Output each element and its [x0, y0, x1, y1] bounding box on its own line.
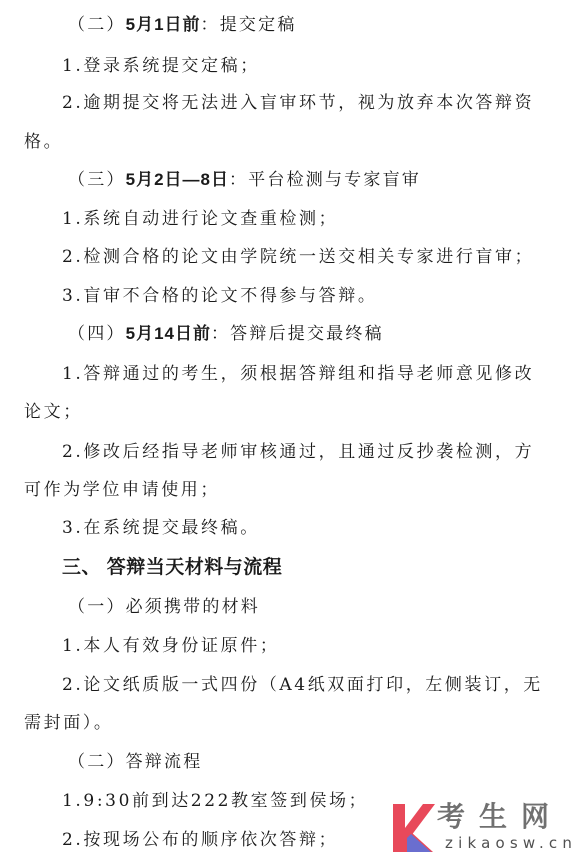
- list-item: 2.修改后经指导老师审核通过，且通过反抄袭检测，方: [62, 433, 534, 471]
- list-item-continuation: 需封面）。: [24, 704, 114, 742]
- list-item: 3.盲审不合格的论文不得参与答辩。: [62, 277, 377, 315]
- list-item: 2.逾期提交将无法进入盲审环节，视为放弃本次答辩资: [62, 84, 534, 122]
- list-item: 1.本人有效身份证原件；: [62, 627, 279, 665]
- sub-heading-date: 5月2日—8日: [126, 170, 229, 189]
- watermark-logo: 考生网 zikaosw.cn: [393, 800, 571, 856]
- list-item: 1.系统自动进行论文查重检测；: [62, 200, 338, 238]
- sub-heading-submit-final-draft: （二）5月1日前：提交定稿: [68, 6, 297, 44]
- list-item: 2.论文纸质版一式四份（A4纸双面打印，左侧装订，无: [62, 666, 543, 704]
- list-item: 1.9:30前到达222教室签到侯场；: [62, 782, 368, 820]
- sub-heading-required-materials: （一）必须携带的材料: [68, 588, 260, 626]
- watermark-site-name: 考生网: [437, 800, 563, 834]
- sub-heading-date: 5月14日前: [126, 324, 211, 343]
- sub-heading-date: 5月1日前: [126, 15, 201, 34]
- list-item-continuation: 可作为学位申请使用；: [24, 471, 220, 509]
- sub-heading-text: ：平台检测与专家盲审: [229, 170, 421, 190]
- list-item: 3.在系统提交最终稿。: [62, 509, 260, 547]
- document-page: （二）5月1日前：提交定稿 1.登录系统提交定稿； 2.逾期提交将无法进入盲审环…: [0, 0, 572, 859]
- list-item: 1.登录系统提交定稿；: [62, 47, 260, 85]
- list-item: 1.答辩通过的考生，须根据答辩组和指导老师意见修改: [62, 355, 534, 393]
- list-item-continuation: 论文；: [24, 393, 83, 431]
- sub-heading-text: ：答辩后提交最终稿: [211, 324, 384, 344]
- sub-heading-prefix: （四）: [68, 324, 126, 344]
- watermark-domain: zikaosw.cn: [445, 834, 572, 852]
- sub-heading-text: ：提交定稿: [201, 15, 297, 35]
- sub-heading-prefix: （二）: [68, 15, 126, 35]
- sub-heading-platform-check: （三）5月2日—8日：平台检测与专家盲审: [68, 161, 421, 199]
- sub-heading-prefix: （三）: [68, 170, 126, 190]
- k-logo-icon: [393, 804, 437, 852]
- list-item: 2.检测合格的论文由学院统一送交相关专家进行盲审；: [62, 238, 534, 276]
- list-item: 2.按现场公布的顺序依次答辩；: [62, 821, 338, 859]
- sub-heading-final-submission: （四）5月14日前：答辩后提交最终稿: [68, 315, 384, 353]
- section-heading: 三、 答辩当天材料与流程: [62, 549, 282, 587]
- list-item-continuation: 格。: [24, 123, 63, 161]
- sub-heading-defense-process: （二）答辩流程: [68, 743, 202, 781]
